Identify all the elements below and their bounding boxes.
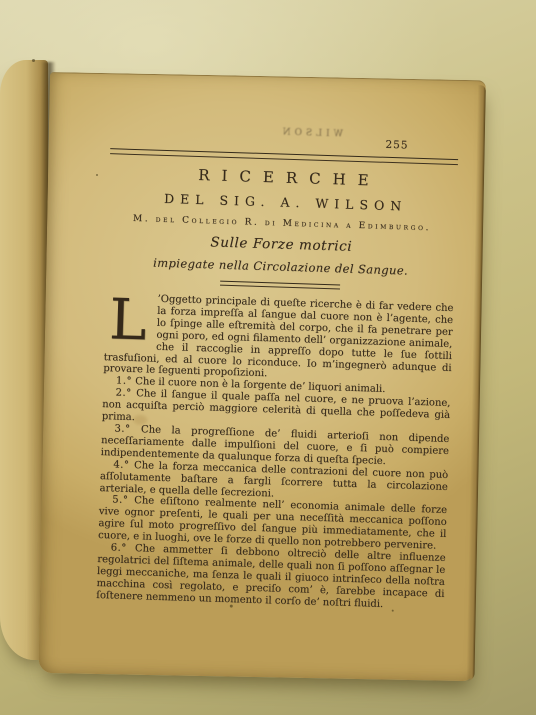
backdrop-speck <box>96 174 98 176</box>
page-number: 255 <box>385 139 408 152</box>
proposition-text: Che ammetter ſi debbono oltreciò delle a… <box>96 543 446 609</box>
ornate-initial: L <box>104 294 152 351</box>
affiliation-line: M. del Collegio R. di Medicina a Edimbur… <box>108 213 456 234</box>
book-page: WILSON 255 RICERCHE DEL SIG. A. WILSON M… <box>38 72 485 681</box>
proposition-number: 6.° <box>111 542 127 553</box>
proposition-number: 1.° <box>116 376 132 387</box>
subtitle-italic-2: impiegate nella Circolazione del Sangue. <box>107 254 455 279</box>
subtitle-italic-1: Sulle Forze motrici <box>107 231 455 258</box>
intro-paragraph: L’Oggetto principale di queſte ricerche … <box>103 292 453 386</box>
proposition-number: 4.° <box>113 459 129 470</box>
proposition-number: 5.° <box>112 495 128 506</box>
intro-text: ’Oggetto principale di queſte ricerche è… <box>103 294 453 380</box>
page-title: RICERCHE <box>109 163 457 192</box>
show-through-text: WILSON <box>279 127 343 139</box>
book-photo: WILSON 255 RICERCHE DEL SIG. A. WILSON M… <box>0 0 536 715</box>
proposition-number: 3.° <box>114 423 130 434</box>
divider-rule <box>220 281 340 290</box>
proposition-item-6: 6.° Che ammetter ſi debbono oltreciò del… <box>96 542 446 612</box>
proposition-number: 2.° <box>115 388 131 399</box>
page-stack-edge <box>466 85 485 681</box>
author-line: DEL SIG. A. WILSON <box>109 189 457 215</box>
body-text: L’Oggetto principale di queſte ricerche … <box>96 292 454 612</box>
backdrop-speck <box>32 59 35 62</box>
page-content: WILSON 255 RICERCHE DEL SIG. A. WILSON M… <box>96 126 459 612</box>
